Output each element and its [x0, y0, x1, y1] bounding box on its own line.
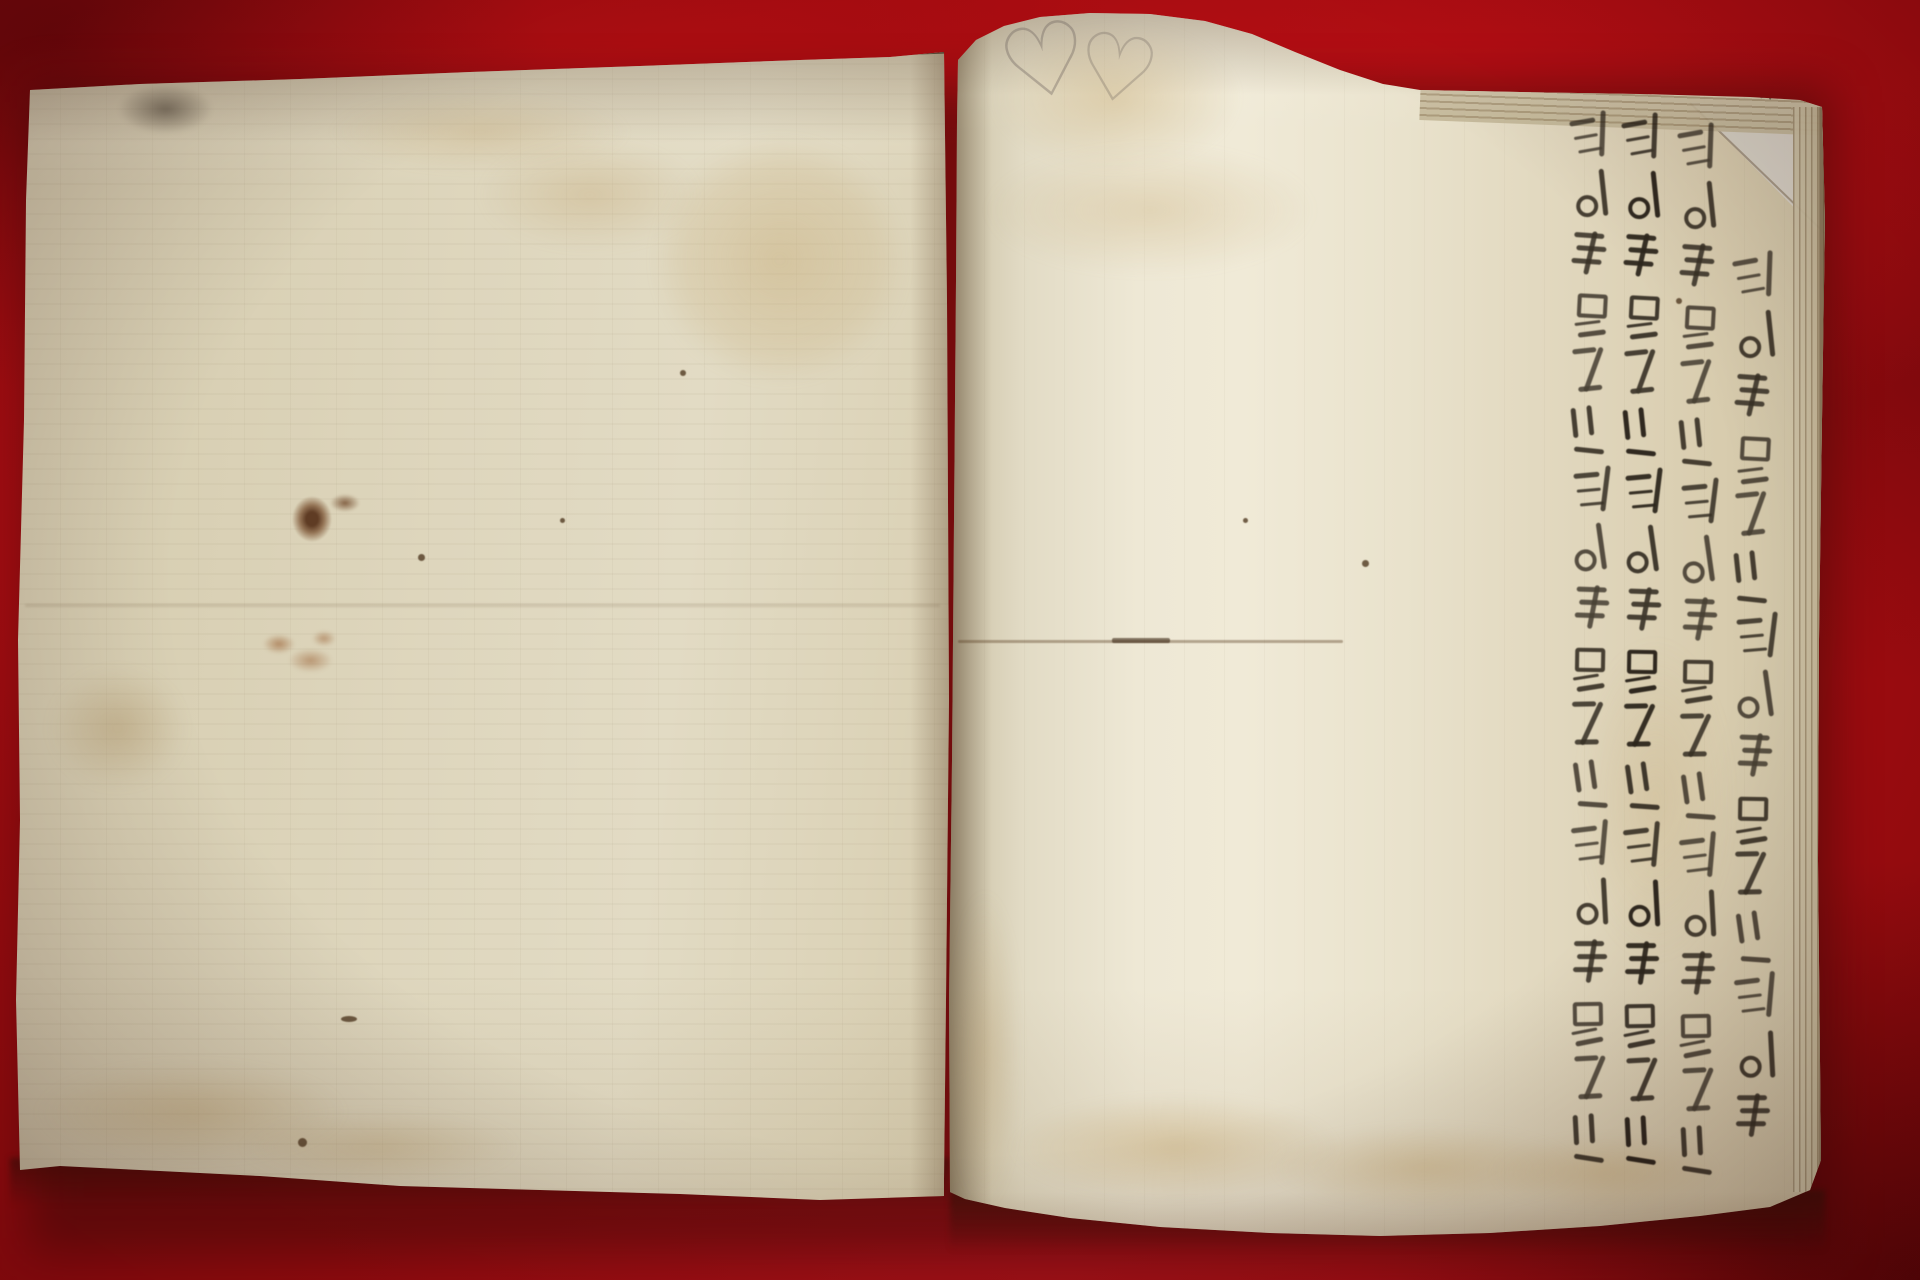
rust-streak-stain: [252, 622, 342, 677]
hangul-glyph: 솟: [1735, 730, 1784, 785]
manuscript-column-second: 놀의가네눈돌뉴년이돈딴까무히큰흔돈도: [1676, 122, 1724, 1175]
hangul-glyph: 됴: [1569, 228, 1614, 279]
hangul-glyph: 투: [1571, 286, 1618, 338]
hangul-glyph: 족: [1623, 288, 1670, 340]
hangul-glyph: 돈: [1679, 1066, 1724, 1117]
manuscript-column-leftmost: 을드됴투뗴유로너못을기우터모믈싸냥일: [1568, 110, 1616, 1163]
dark-brown-spot-stain: [292, 496, 332, 542]
hangul-glyph: 년: [1676, 534, 1723, 586]
hangul-glyph: 시: [1732, 489, 1782, 545]
dark-brown-spot-tail: [330, 494, 360, 512]
hangul-glyph: 국: [1623, 171, 1668, 222]
hangul-glyph: 히: [1679, 888, 1725, 940]
hangul-glyph: 뗴: [1569, 345, 1615, 397]
hangul-glyph: 횝: [1623, 1056, 1668, 1107]
speck: [1362, 560, 1369, 567]
hangul-glyph: 로: [1570, 463, 1616, 515]
hangul-glyph: 우: [1621, 347, 1667, 399]
hangul-glyph: 우: [1733, 909, 1783, 965]
hangul-glyph: 여: [1621, 937, 1668, 989]
hangul-glyph: 흔: [1676, 1007, 1721, 1058]
speck: [1330, 28, 1338, 34]
speck: [298, 1138, 307, 1147]
hangul-glyph: 슉: [1734, 1029, 1784, 1085]
hangul-glyph: 노: [1622, 760, 1668, 812]
hangul-glyph: 온: [1730, 849, 1781, 905]
hangul-glyph: 큰: [1677, 947, 1724, 999]
hangul-glyph: 니: [1620, 997, 1665, 1048]
hangul-glyph: 싸: [1568, 995, 1613, 1046]
water-stain: [610, 95, 950, 425]
page-crease-line: [25, 604, 940, 607]
hangul-glyph: 제: [1620, 524, 1667, 576]
hangul-glyph: 믈: [1569, 935, 1616, 987]
hangul-glyph: 덧: [1731, 669, 1782, 725]
hangul-glyph: 뉴: [1678, 475, 1724, 527]
hangul-glyph: 기: [1567, 699, 1614, 751]
hangul-glyph: 두: [1624, 584, 1669, 635]
water-stain: [985, 145, 1315, 275]
hangul-glyph: 도: [1676, 1124, 1723, 1176]
hangul-glyph: 너: [1568, 522, 1615, 574]
hangul-glyph: 부: [1620, 407, 1664, 457]
hangul-glyph: 는: [1732, 370, 1781, 425]
hangul-glyph: 친: [1621, 230, 1666, 281]
hangul-glyph: 유: [1568, 405, 1612, 455]
hangul-glyph: 의: [1679, 181, 1724, 232]
hangul-glyph: 이: [1680, 594, 1725, 645]
hangul-glyph: 셔: [1620, 1114, 1667, 1166]
left-page: [14, 48, 950, 1208]
hangul-glyph: 눈: [1677, 357, 1723, 409]
hangul-glyph: 타: [1731, 550, 1779, 604]
hangul-glyph: 놀: [1675, 121, 1722, 173]
ink-smudge-stain: [118, 84, 213, 134]
hangul-glyph: 드: [1571, 169, 1616, 220]
hangul-glyph: 가: [1677, 240, 1722, 291]
water-stain: [480, 140, 700, 250]
hangul-glyph: 우: [1570, 758, 1616, 810]
manuscript-column-rightmost: 뇌예는혤시타너덧솟쇽온우젼슉젹: [1733, 250, 1781, 1144]
hangul-glyph: 을: [1570, 641, 1615, 692]
hangul-glyph: 젼: [1732, 970, 1780, 1024]
hangul-glyph: 냥: [1571, 1054, 1616, 1105]
hangul-glyph: 모: [1571, 876, 1617, 928]
hangul-glyph: 쉬: [1623, 878, 1669, 930]
speck: [680, 370, 686, 376]
right-page: ♡ ♡ ㅊ 뇌예는혤시타너덧솟쇽온우젼슉젹 놀의가네눈돌뉴년이돈딴까무히큰흔돈도…: [944, 10, 1826, 1262]
manuscript-column-third: 계국친족우부퀸제두즁이노부쉬여니횝셔: [1620, 112, 1668, 1165]
hangul-glyph: 부: [1621, 820, 1665, 870]
hangul-glyph: 예: [1734, 310, 1783, 365]
heart-doodle-icon: ♡: [1069, 18, 1165, 122]
hangul-glyph: 너: [1733, 609, 1783, 665]
soft-blob-stain: [50, 668, 185, 788]
scratch-line-dark-segment: [1112, 638, 1170, 643]
hangul-glyph: 계: [1619, 111, 1666, 163]
speck: [1243, 518, 1248, 523]
hangul-glyph: 을: [1567, 109, 1614, 161]
hangul-glyph: 터: [1569, 818, 1613, 868]
hangul-glyph: 못: [1572, 582, 1617, 633]
speck: [560, 518, 565, 523]
hangul-glyph: 젹: [1732, 1089, 1783, 1145]
hangul-glyph: 즁: [1622, 643, 1667, 694]
hangul-glyph: 혤: [1734, 429, 1785, 485]
hangul-glyph: 쇽: [1733, 790, 1782, 845]
hangul-glyph: 퀸: [1622, 465, 1668, 517]
hangul-glyph: 이: [1619, 701, 1666, 753]
hangul-glyph: 네: [1679, 298, 1726, 350]
speck: [418, 554, 425, 561]
speck: [341, 1016, 357, 1022]
hangul-glyph: 일: [1568, 1112, 1615, 1164]
bottom-water-stain: [240, 1112, 520, 1182]
fold-water-stain: [950, 890, 1020, 1210]
photo-of-open-manuscript-book: ♡ ♡ ㅊ 뇌예는혤시타너덧솟쇽온우젼슉젹 놀의가네눈돌뉴년이돈딴까무히큰흔돈도…: [0, 0, 1920, 1280]
hangul-glyph: 딴: [1675, 711, 1722, 763]
hangul-glyph: 돈: [1678, 653, 1723, 704]
hangul-glyph: 무: [1677, 830, 1721, 880]
hangul-glyph: 까: [1678, 770, 1724, 822]
hangul-glyph: 돌: [1676, 417, 1720, 467]
hangul-glyph: 뇌: [1730, 249, 1781, 305]
